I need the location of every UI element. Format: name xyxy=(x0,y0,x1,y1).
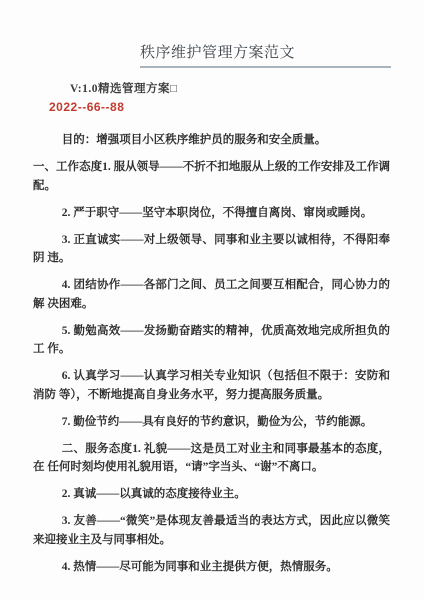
paragraph-section1-item1: 一、工作态度1. 服从领导——不折不扣地服从上级的工作安排及工作调配。 xyxy=(33,158,390,195)
paragraph-section2-item4: 4. 热情——尽可能为同事和业主提供方便，热情服务。 xyxy=(33,558,390,577)
version-line: V:1.0精选管理方案□ xyxy=(70,80,177,96)
page-title: 秩序维护管理方案范文 xyxy=(140,45,391,62)
paragraph-section1-item2: 2. 严于职守——坚守本职岗位，不得擅自离岗、窜岗或睡岗。 xyxy=(33,204,390,223)
paragraph-section2-item3: 3. 友善——“微笑”是体现友善最适当的表达方式，因此应以微笑 来迎接业主及与同… xyxy=(33,512,390,549)
paragraph-section1-item3: 3. 正直诚实——对上级领导、同事和业主要以诚相待，不得阳奉阴 违。 xyxy=(33,231,390,268)
document-page: 秩序维护管理方案范文 V:1.0精选管理方案□ 2022--66--88 目的：… xyxy=(0,0,424,600)
paragraph-purpose: 目的：增强项目小区秩序维护员的服务和安全质量。 xyxy=(33,131,390,150)
paragraph-section2-item1: 二、服务态度1. 礼貌——这是员工对业主和同事最基本的态度，在 任何时刻均使用礼… xyxy=(33,440,390,477)
date-code: 2022--66--88 xyxy=(49,100,124,114)
document-heading: 秩序维护管理方案范文 xyxy=(140,45,391,68)
paragraph-section1-item4: 4. 团结协作——各部门之间、员工之间要互相配合，同心协力的解 决困难。 xyxy=(33,276,390,313)
paragraph-section1-item7: 7. 勤俭节约——具有良好的节约意识，勤俭为公，节约能源。 xyxy=(33,413,390,432)
paragraph-section1-item5: 5. 勤勉高效——发扬勤奋踏实的精神，优质高效地完成所担负的工 作。 xyxy=(33,322,390,359)
paragraph-section1-item6: 6. 认真学习——认真学习相关专业知识（包括但不限于：安防和消防 等），不断地提… xyxy=(33,367,390,404)
document-body: 目的：增强项目小区秩序维护员的服务和安全质量。 一、工作态度1. 服从领导——不… xyxy=(33,131,390,585)
paragraph-section2-item2: 2. 真诚——以真诚的态度接待业主。 xyxy=(33,485,390,504)
